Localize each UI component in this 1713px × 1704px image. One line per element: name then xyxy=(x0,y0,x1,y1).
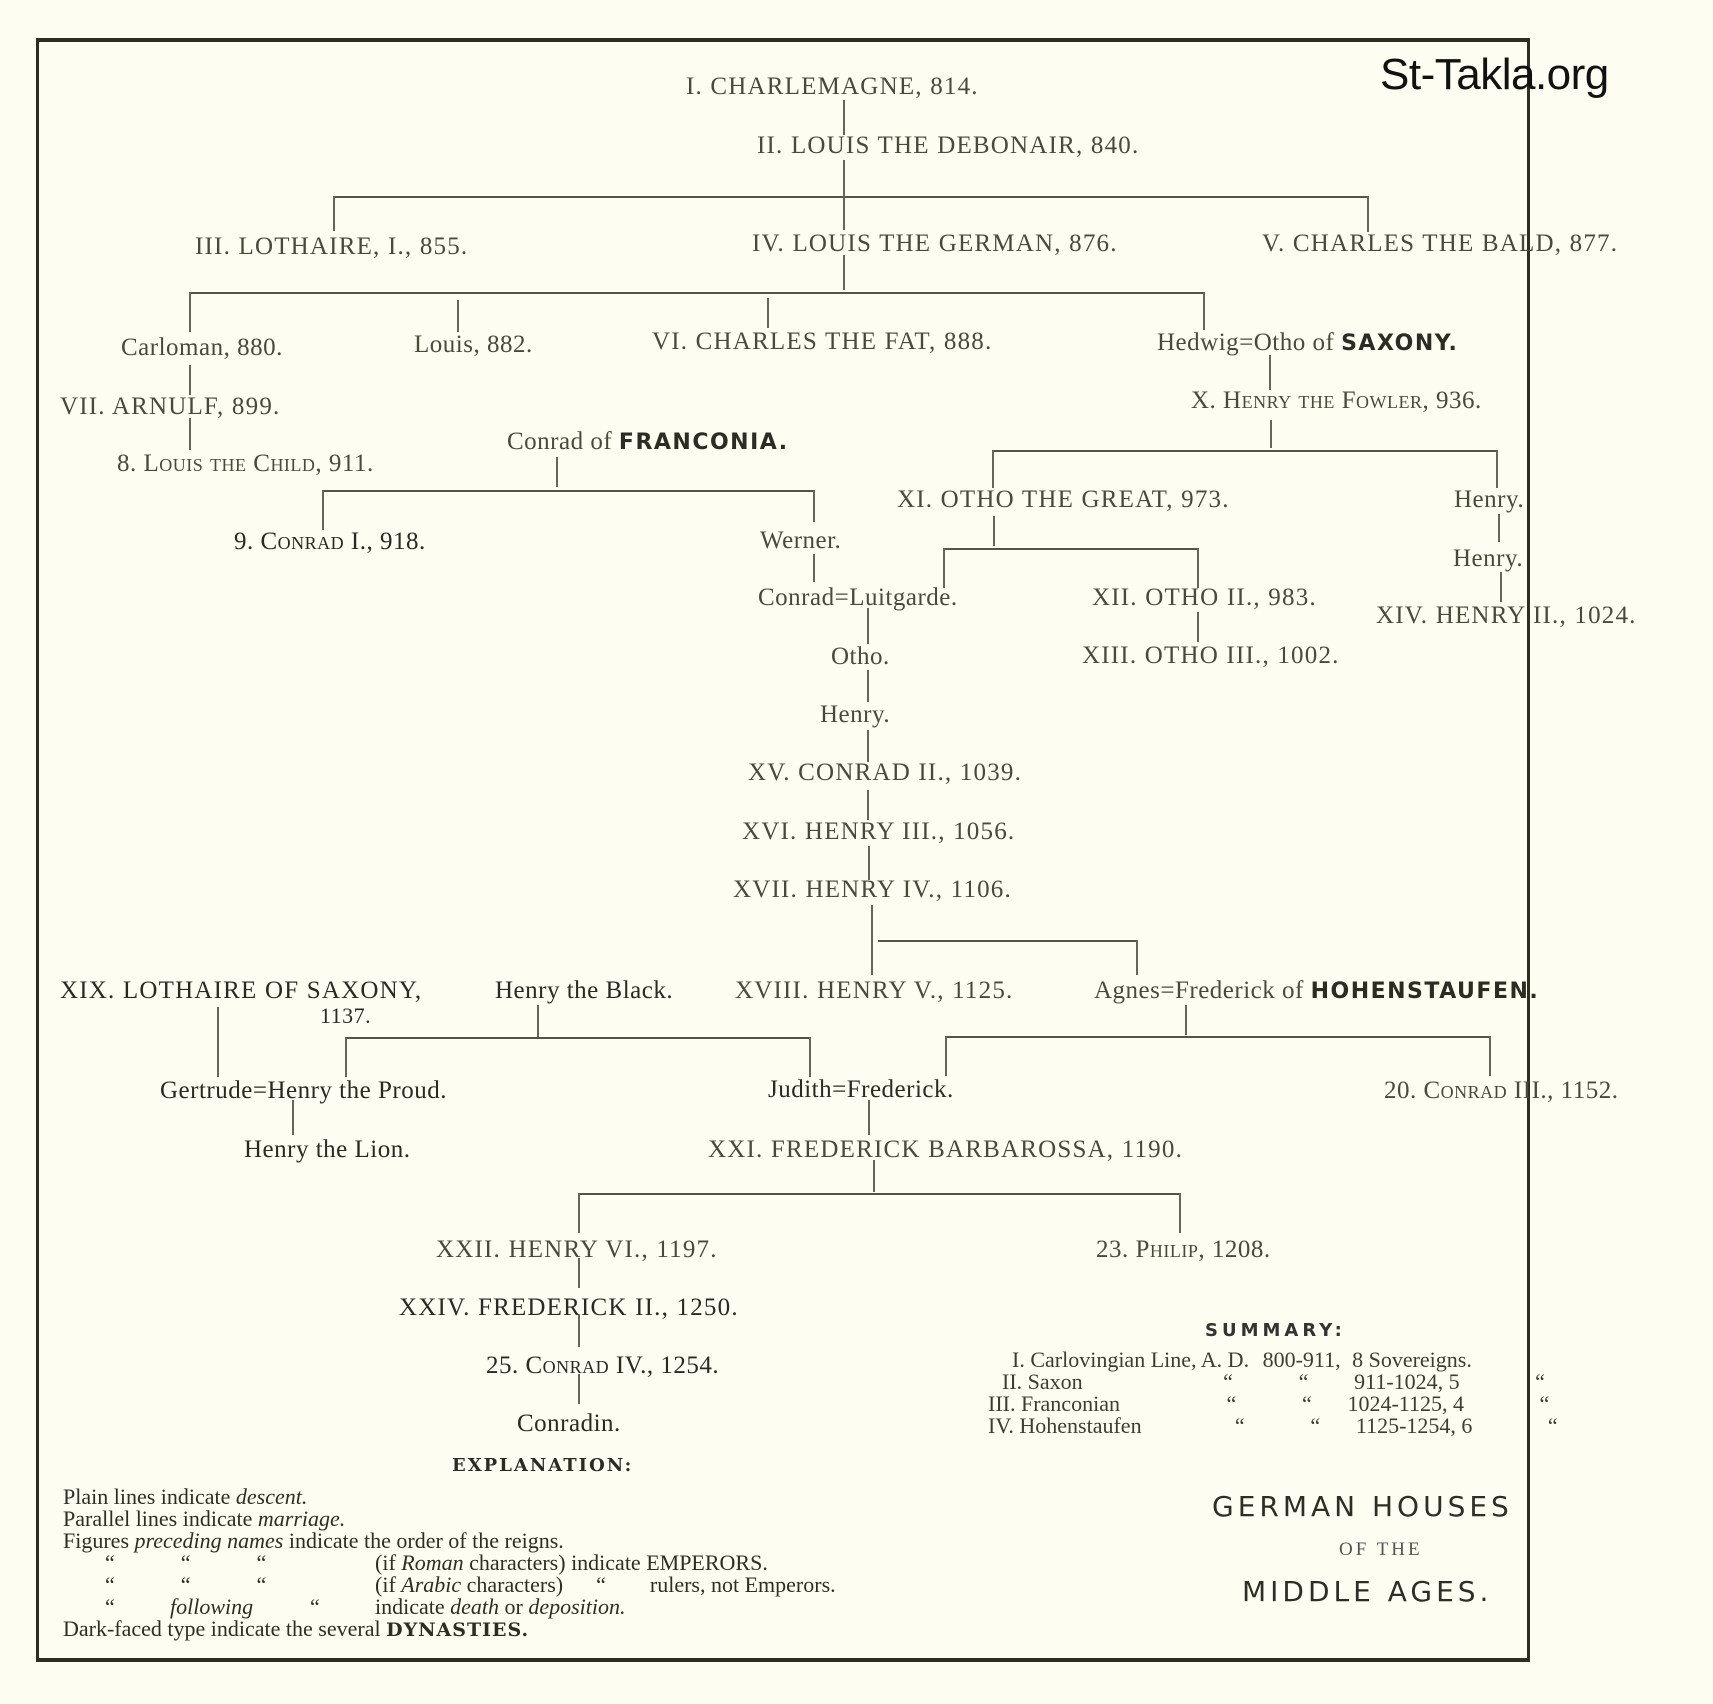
descent-line xyxy=(189,292,191,332)
ditto-mark: “ xyxy=(1548,1413,1558,1438)
node-henry-ii: XIV. HENRY II., 1024. xyxy=(1376,603,1637,628)
text-bold: DYNASTIES. xyxy=(386,1619,529,1641)
text-italic: deposition. xyxy=(528,1594,625,1619)
node-lothaire-saxony-year: 1137. xyxy=(320,1005,371,1027)
descent-line xyxy=(333,196,335,231)
node-carloman: Carloman, 880. xyxy=(121,335,283,360)
descent-line xyxy=(871,905,873,975)
node-arnulf: VII. ARNULF, 899. xyxy=(60,394,281,419)
node-barbarossa: XXI. FREDERICK BARBAROSSA, 1190. xyxy=(708,1137,1183,1162)
node-conrad-luitgarde: Conrad=Luitgarde. xyxy=(758,585,958,610)
ditto-mark: “ xyxy=(1235,1413,1305,1439)
node-otho: Otho. xyxy=(831,644,890,669)
node-charlemagne: I. CHARLEMAGNE, 814. xyxy=(686,74,979,99)
watermark: St-Takla.org xyxy=(1380,50,1609,100)
descent-line xyxy=(945,1036,947,1076)
node-otho-great: XI. OTHO THE GREAT, 973. xyxy=(897,487,1230,512)
node-gertrude-henry-proud: Gertrude=Henry the Proud. xyxy=(160,1078,447,1103)
node-charles-bald: V. CHARLES THE BALD, 877. xyxy=(1262,231,1618,256)
node-henry-vi: XXII. HENRY VI., 1197. xyxy=(436,1237,718,1262)
node-frederick-ii: XXIV. FREDERICK II., 1250. xyxy=(399,1295,739,1320)
descent-line xyxy=(1185,1005,1187,1035)
descent-line xyxy=(457,300,459,332)
sibling-bar xyxy=(333,196,1368,198)
descent-line xyxy=(868,846,870,880)
dynasty-saxony: SAXONY. xyxy=(1341,331,1458,356)
descent-line xyxy=(843,160,845,198)
summary-num: IV. xyxy=(988,1413,1014,1438)
descent-line xyxy=(867,670,869,702)
title-line-3: MIDDLE AGES. xyxy=(1242,1575,1492,1608)
descent-line xyxy=(189,365,191,395)
summary-row: IV. Hohenstaufen “ “ 1125-1254, 6 “ xyxy=(988,1413,1558,1439)
descent-line xyxy=(217,1007,219,1077)
descent-line xyxy=(943,548,945,588)
node-judith-frederick: Judith=Frederick. xyxy=(768,1077,954,1102)
sibling-bar xyxy=(943,548,1198,550)
node-otho-iii: XIII. OTHO III., 1002. xyxy=(1082,643,1340,668)
descent-line xyxy=(189,418,191,450)
sibling-bar xyxy=(345,1037,810,1039)
agnes-text: Agnes=Frederick of xyxy=(1094,977,1311,1004)
node-henry-black: Henry the Black. xyxy=(495,978,673,1003)
node-henry-fowler: X. Henry the Fowler, 936. xyxy=(1191,388,1482,413)
node-conrad-iii: 20. Conrad III., 1152. xyxy=(1384,1078,1618,1103)
summary-count: 6 xyxy=(1461,1413,1472,1438)
descent-line xyxy=(1496,450,1498,488)
node-conrad-ii: XV. CONRAD II., 1039. xyxy=(748,760,1022,785)
node-conrad-i: 9. Conrad I., 918. xyxy=(234,529,426,554)
title-line-1: GERMAN HOUSES xyxy=(1212,1490,1513,1523)
descent-line xyxy=(1500,572,1502,602)
node-hedwig-otho: Hedwig=Otho of SAXONY. xyxy=(1157,330,1458,355)
title-line-2: OF THE xyxy=(1339,1539,1423,1561)
descent-line xyxy=(873,1160,875,1192)
descent-line xyxy=(868,1100,870,1135)
node-henry-v: XVIII. HENRY V., 1125. xyxy=(735,978,1014,1003)
sibling-bar xyxy=(878,940,1136,942)
node-henry-lion: Henry the Lion. xyxy=(244,1137,410,1162)
descent-line xyxy=(813,490,815,522)
node-werner: Werner. xyxy=(760,528,841,553)
node-henry-a: Henry. xyxy=(1454,487,1524,512)
summary-line: Hohenstaufen xyxy=(1019,1413,1229,1439)
conrad-franconia-text: Conrad of xyxy=(507,428,619,455)
ditto-mark: “ xyxy=(1310,1413,1350,1439)
node-louis-german: IV. LOUIS THE GERMAN, 876. xyxy=(752,231,1118,256)
summary-years: 1125-1254, xyxy=(1356,1413,1456,1438)
descent-line xyxy=(1179,1193,1181,1233)
node-otho-ii: XII. OTHO II., 983. xyxy=(1092,585,1317,610)
descent-line xyxy=(809,1037,811,1077)
node-henry-iii: XVI. HENRY III., 1056. xyxy=(742,819,1015,844)
descent-line xyxy=(1197,612,1199,642)
sibling-bar xyxy=(322,490,814,492)
node-agnes-frederick: Agnes=Frederick of HOHENSTAUFEN. xyxy=(1094,978,1539,1003)
node-henry-c: Henry. xyxy=(820,702,890,727)
descent-line xyxy=(322,490,324,530)
descent-line xyxy=(556,457,558,487)
descent-line xyxy=(345,1037,347,1077)
descent-line xyxy=(1197,548,1199,588)
descent-line xyxy=(1269,355,1271,390)
descent-line xyxy=(867,790,869,820)
sibling-bar xyxy=(189,292,1204,294)
descent-line xyxy=(843,255,845,290)
dynasty-hohenstaufen: HOHENSTAUFEN. xyxy=(1311,979,1540,1004)
descent-line xyxy=(867,608,869,644)
descent-line xyxy=(1498,514,1500,542)
descent-line xyxy=(1203,292,1205,330)
node-conradin: Conradin. xyxy=(517,1411,621,1436)
descent-line xyxy=(292,1100,294,1135)
summary-title: SUMMARY: xyxy=(1205,1320,1346,1341)
text: Dark-faced type indicate the several xyxy=(63,1616,386,1641)
explanation-row: Dark-faced type indicate the several DYN… xyxy=(63,1616,529,1642)
node-henry-b: Henry. xyxy=(1453,546,1523,571)
sibling-bar xyxy=(578,1193,1180,1195)
descent-line xyxy=(767,298,769,328)
descent-line xyxy=(1136,940,1138,975)
node-louis-child: 8. Louis the Child, 911. xyxy=(117,451,374,476)
node-louis-882: Louis, 882. xyxy=(414,332,533,357)
node-conrad-iv: 25. Conrad IV., 1254. xyxy=(486,1353,719,1378)
node-lothaire-i: III. LOTHAIRE, I., 855. xyxy=(195,234,468,259)
descent-line xyxy=(867,730,869,762)
dynasty-franconia: FRANCONIA. xyxy=(619,430,789,455)
sibling-bar xyxy=(992,450,1497,452)
hedwig-text: Hedwig=Otho of xyxy=(1157,329,1341,356)
descent-line xyxy=(1489,1036,1491,1076)
node-philip: 23. Philip, 1208. xyxy=(1096,1237,1271,1262)
descent-line xyxy=(843,196,845,230)
descent-line xyxy=(992,450,994,488)
node-lothaire-saxony: XIX. LOTHAIRE OF SAXONY, xyxy=(60,978,422,1003)
descent-line xyxy=(813,554,815,582)
descent-line xyxy=(537,1005,539,1037)
descent-line xyxy=(578,1193,580,1233)
node-charles-fat: VI. CHARLES THE FAT, 888. xyxy=(652,329,992,354)
node-henry-iv: XVII. HENRY IV., 1106. xyxy=(733,877,1012,902)
descent-line xyxy=(993,516,995,546)
descent-line xyxy=(843,100,845,135)
sibling-bar xyxy=(945,1036,1490,1038)
descent-line xyxy=(1270,420,1272,448)
node-louis-debonair: II. LOUIS THE DEBONAIR, 840. xyxy=(757,133,1139,158)
descent-line xyxy=(1367,196,1369,232)
explanation-title: EXPLANATION: xyxy=(452,1455,633,1476)
node-conrad-franconia: Conrad of FRANCONIA. xyxy=(507,429,789,454)
